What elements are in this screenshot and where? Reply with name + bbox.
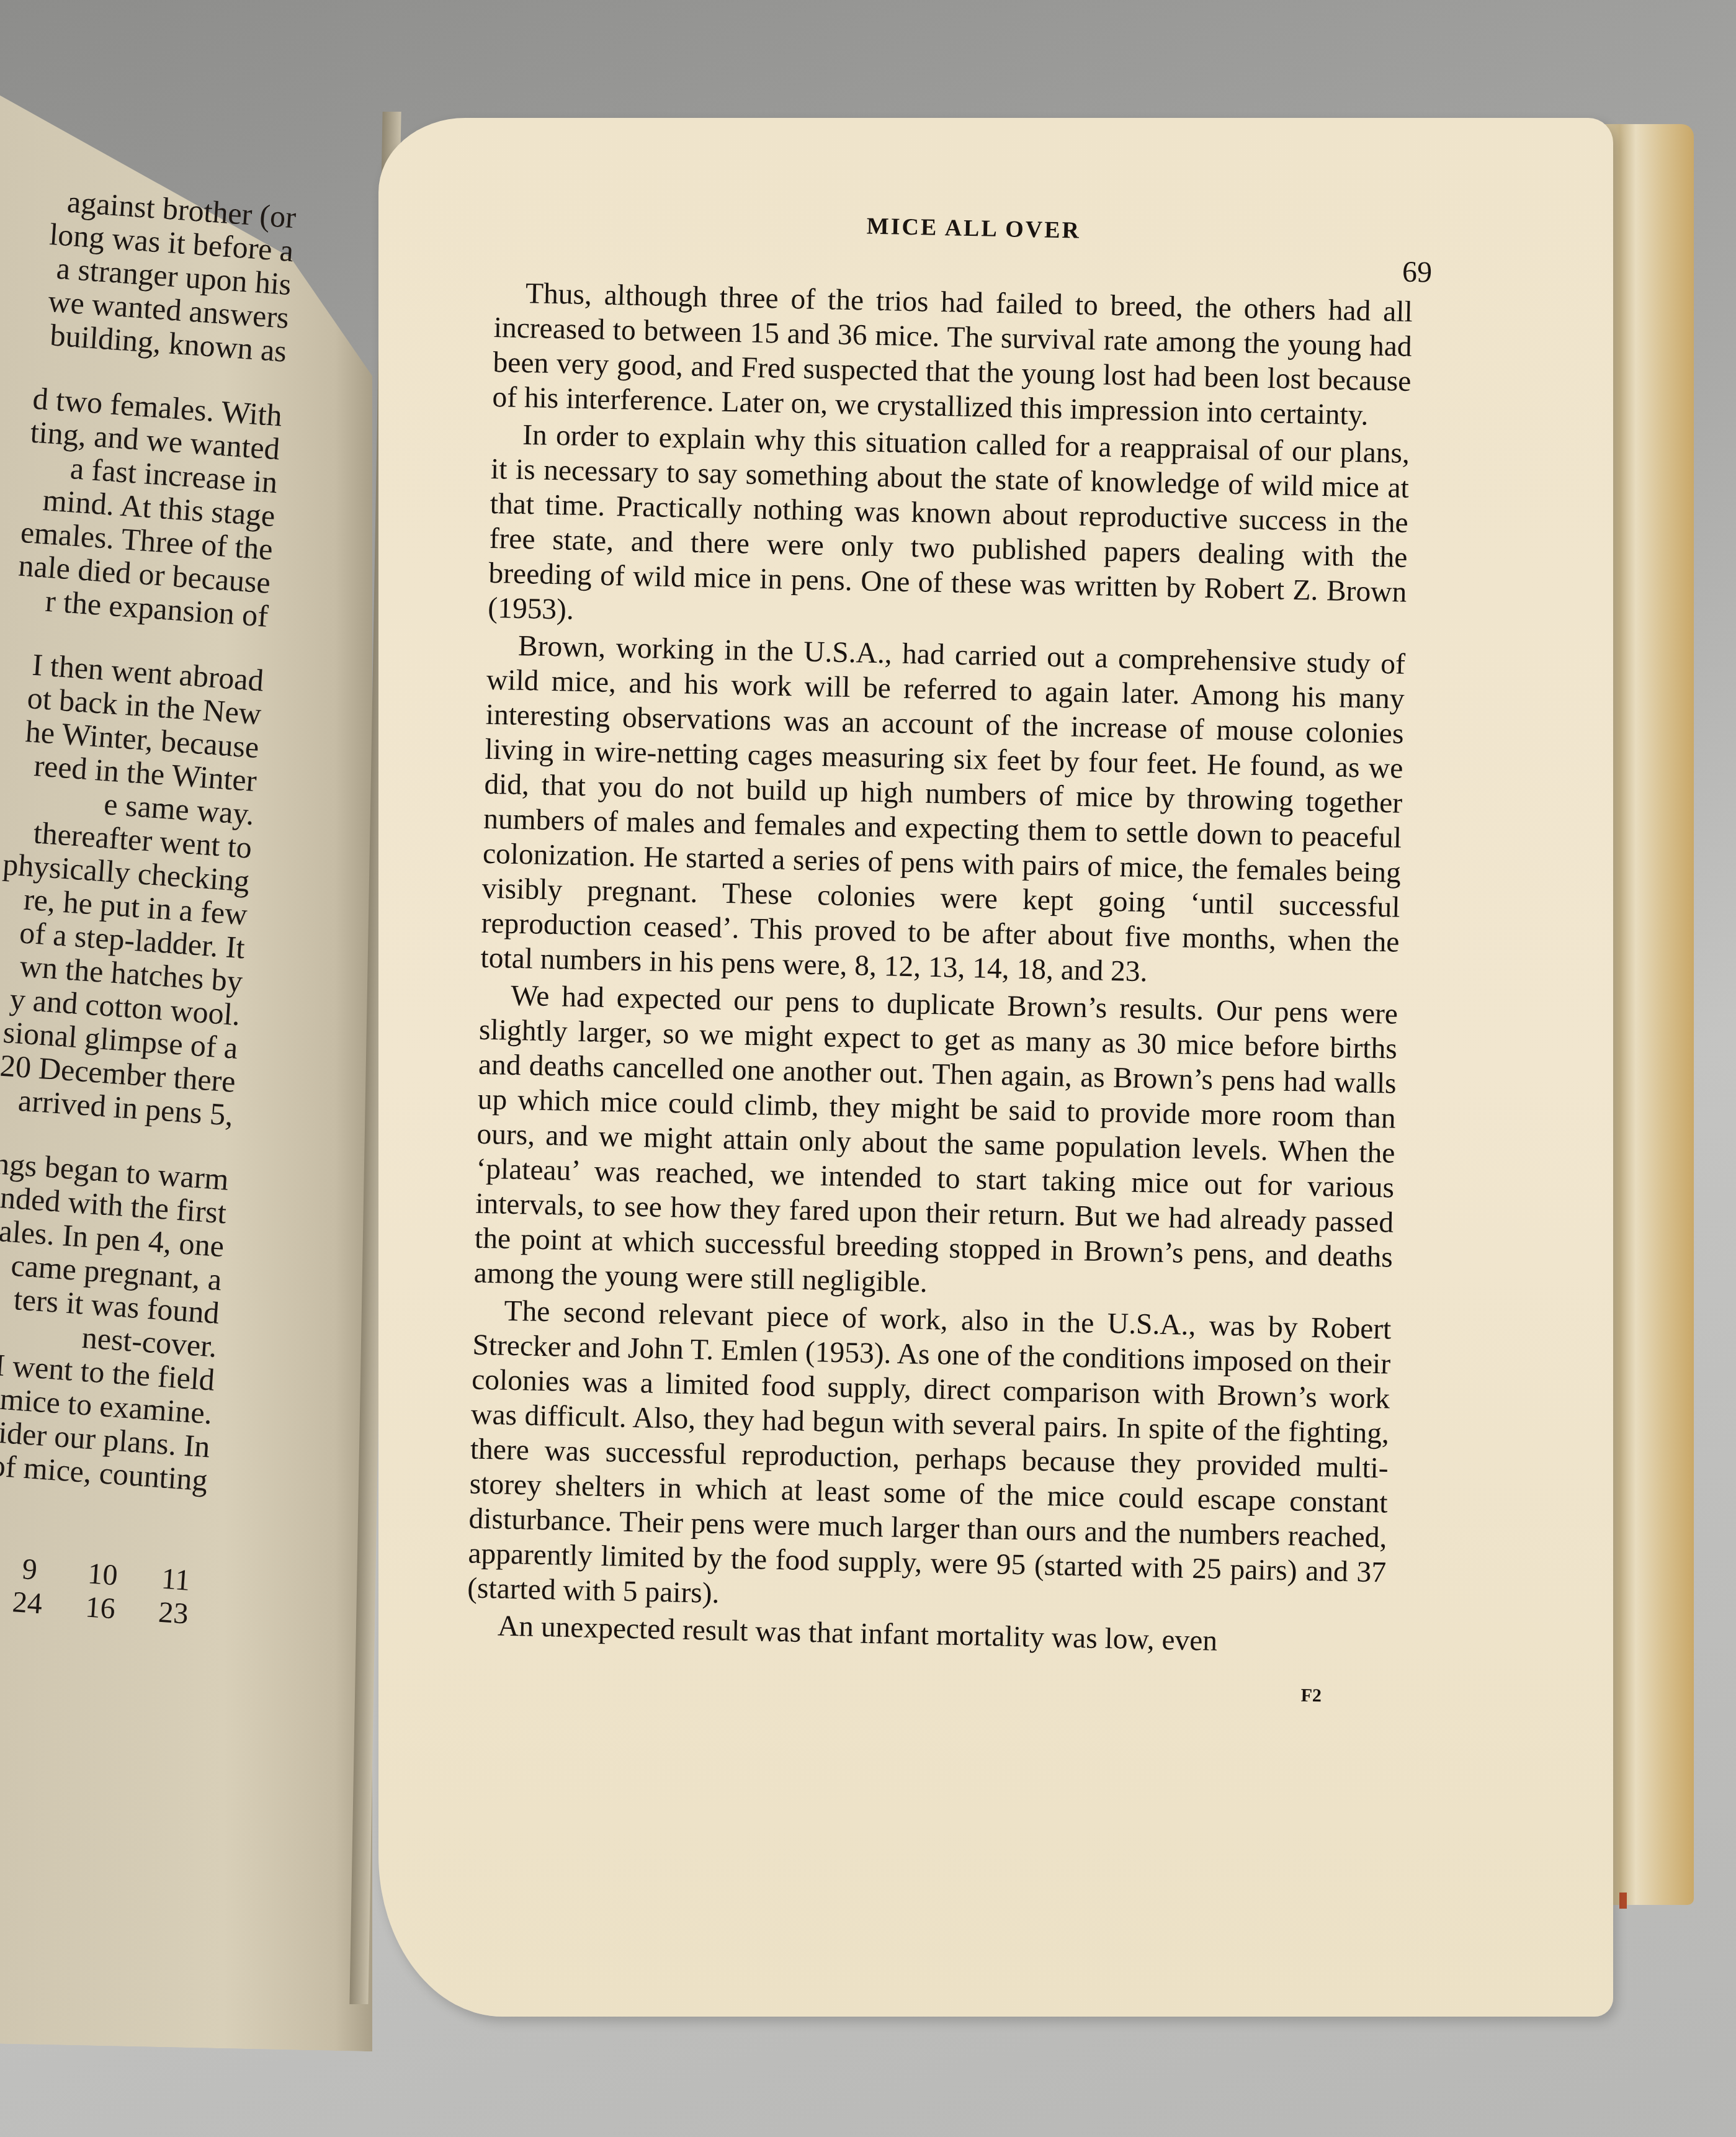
page-number: 69 <box>1402 255 1432 290</box>
paragraph: The second relevant piece of work, also … <box>467 1293 1392 1625</box>
photo-scene: against brother (orlong was it before aa… <box>0 0 1736 2137</box>
right-page-content: MICE ALL OVER 69 Thus, although three of… <box>465 205 1415 1708</box>
left-text-block-1: against brother (orlong was it before aa… <box>0 180 297 368</box>
table-cell: 11 <box>156 1562 195 1598</box>
left-text-block-4: ngs began to warmnded with the firstales… <box>0 1142 230 1497</box>
paragraph: We had expected our pens to duplicate Br… <box>473 978 1398 1310</box>
table-cell: 9 <box>10 1552 50 1588</box>
body-text: Thus, although three of the trios had fa… <box>466 276 1413 1662</box>
paragraph: In order to explain why this situation c… <box>488 417 1410 645</box>
table-cell: 24 <box>7 1585 47 1621</box>
left-text-block-2: d two females. Withting, and we wanteda … <box>0 378 284 633</box>
table-cell: 23 <box>154 1595 194 1631</box>
paragraph: Brown, working in the U.S.A., had carrie… <box>480 628 1405 995</box>
table-cell: 10 <box>83 1557 123 1593</box>
table-cell: 16 <box>81 1590 120 1626</box>
paragraph: Thus, although three of the trios had fa… <box>492 276 1413 434</box>
left-text-block-3: I then went abroadot back in the Newhe W… <box>0 643 265 1132</box>
cover-corner <box>1619 1893 1627 1909</box>
